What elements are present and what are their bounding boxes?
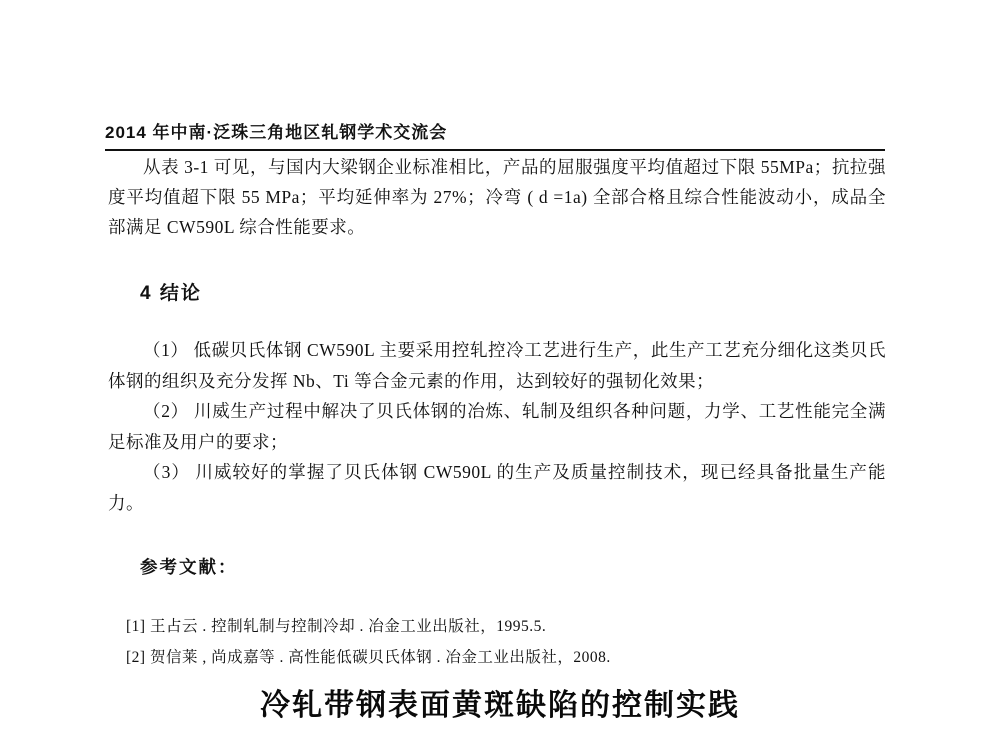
conclusion-item-3: （3） 川威较好的掌握了贝氏体钢 CW590L 的生产及质量控制技术，现已经具备… <box>108 457 886 518</box>
conclusion-list: （1） 低碳贝氏体钢 CW590L 主要采用控轧控冷工艺进行生产，此生产工艺充分… <box>108 335 886 518</box>
reference-list: [1] 王占云 . 控制轧制与控制冷却 . 冶金工业出版社，1995.5. [2… <box>126 611 886 673</box>
section-heading-conclusion: 4 结论 <box>140 278 886 305</box>
next-article-title: 冷轧带钢表面黄斑缺陷的控制实践 <box>0 680 1000 724</box>
results-paragraph: 从表 3-1 可见，与国内大梁钢企业标准相比，产品的屈服强度平均值超过下限 55… <box>108 152 886 242</box>
scanned-paper-page: 2014 年中南·泛珠三角地区轧钢学术交流会 从表 3-1 可见，与国内大梁钢企… <box>0 0 1000 735</box>
running-header-conference-title: 2014 年中南·泛珠三角地区轧钢学术交流会 <box>105 118 885 151</box>
references-heading: 参考文献： <box>140 554 886 579</box>
reference-item-1: [1] 王占云 . 控制轧制与控制冷却 . 冶金工业出版社，1995.5. <box>126 611 886 642</box>
conclusion-item-1: （1） 低碳贝氏体钢 CW590L 主要采用控轧控冷工艺进行生产，此生产工艺充分… <box>108 335 886 396</box>
conclusion-item-2: （2） 川威生产过程中解决了贝氏体钢的冶炼、轧制及组织各种问题，力学、工艺性能完… <box>108 396 886 457</box>
reference-item-2: [2] 贺信莱 , 尚成嘉等 . 高性能低碳贝氏体钢 . 冶金工业出版社，200… <box>126 642 886 673</box>
paper-content: 从表 3-1 可见，与国内大梁钢企业标准相比，产品的屈服强度平均值超过下限 55… <box>108 152 886 673</box>
